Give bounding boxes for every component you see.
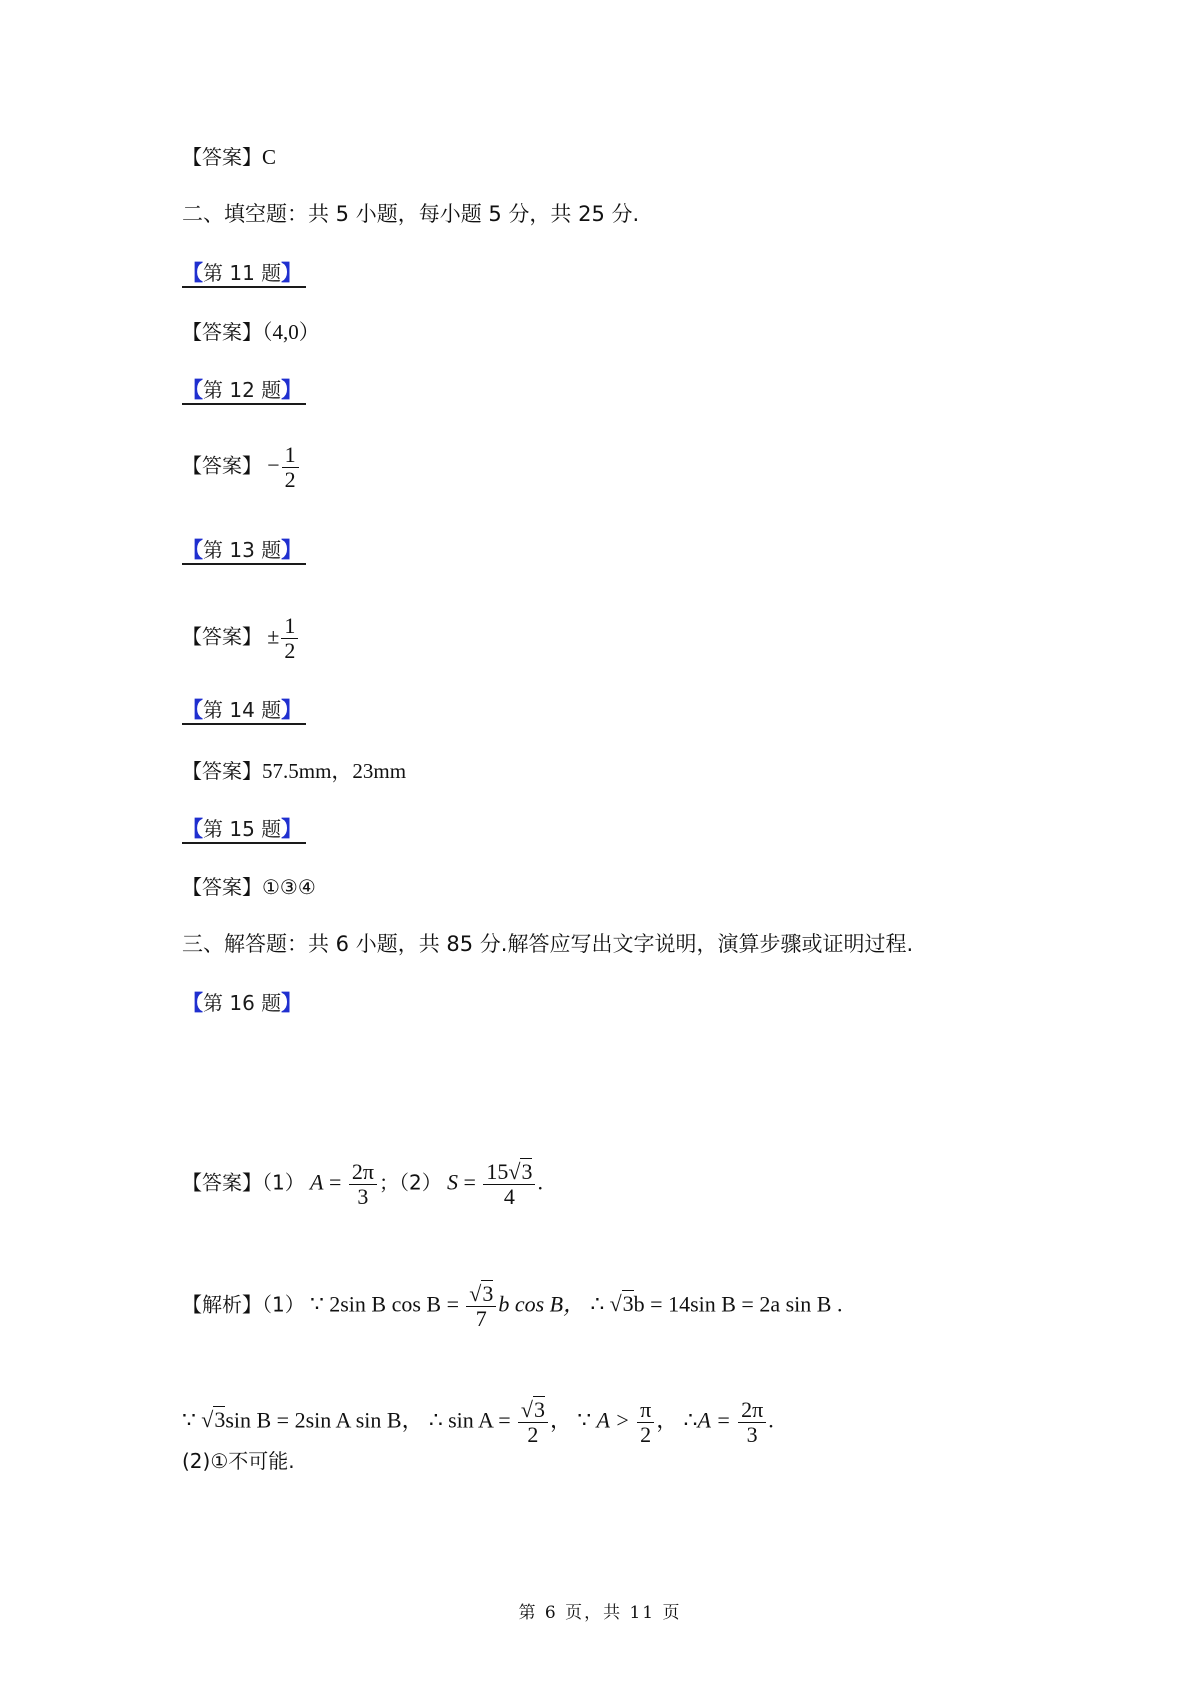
q16-analysis-line-2: ∵ √3sin B = 2sin A sin B， ∴ sin A = √32，…	[182, 1398, 774, 1447]
answer-label: 【答案】	[182, 145, 262, 169]
q16-analysis-line-1: 【解析】（1） ∵ 2sin B cos B = √37b cos B， ∴ √…	[182, 1282, 842, 1331]
q13-answer-fraction: 12	[281, 614, 298, 663]
page-footer: 第 6 页，共 11 页	[0, 1598, 1200, 1623]
q16-answer-line: 【答案】（1） A = 2π3；（2） S = 15√34.	[182, 1160, 543, 1209]
q12-answer-fraction: 12	[282, 443, 299, 492]
question-13-heading: 【第 13 题】	[182, 537, 306, 565]
q14-answer-line: 【答案】57.5mm，23mm	[182, 757, 406, 785]
q15-answer-line: 【答案】①③④	[182, 873, 316, 901]
q10-answer-value: C	[262, 145, 276, 169]
q10-answer-line: 【答案】C	[182, 143, 276, 171]
sqrt3-over-7-fraction: √37	[466, 1282, 496, 1331]
q15-answer-value: ①③④	[262, 875, 316, 899]
q16-answer-s-fraction: 15√34	[483, 1160, 535, 1209]
question-14-heading: 【第 14 题】	[182, 697, 306, 725]
question-12-heading: 【第 12 题】	[182, 377, 306, 405]
question-15-heading: 【第 15 题】	[182, 816, 306, 844]
q16-answer-a-fraction: 2π3	[349, 1160, 377, 1209]
q12-answer-line: 【答案】 −12	[182, 443, 301, 492]
q14-answer-value: 57.5mm，23mm	[262, 759, 406, 783]
q11-answer-line: 【答案】（4,0）	[182, 318, 320, 346]
section-3-title: 三、解答题：共 6 小题，共 85 分.解答应写出文字说明，演算步骤或证明过程.	[182, 930, 913, 958]
q13-answer-line: 【答案】 ±12	[182, 614, 300, 663]
q11-answer-value: （4,0）	[262, 320, 320, 344]
q16-part-2: (2)①不可能.	[182, 1447, 295, 1475]
section-2-title: 二、填空题：共 5 小题，每小题 5 分，共 25 分.	[182, 200, 639, 228]
question-16-heading: 【第 16 题】	[182, 990, 306, 1016]
question-11-heading: 【第 11 题】	[182, 260, 306, 288]
